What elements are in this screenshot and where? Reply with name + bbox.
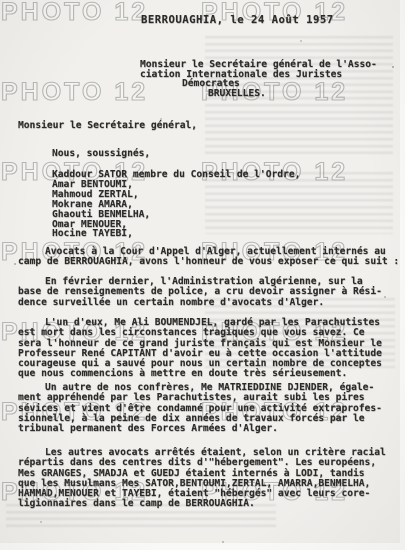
body-paragraph: L'un d'eux, Me Ali BOUMENDJEL, gardé par… <box>18 318 402 380</box>
paragraph-line: camp de BERROUAGHIA, avons l'honneur de … <box>18 257 402 267</box>
recipient-line: ciation Internationale des Juristes <box>140 70 377 80</box>
recipient-city: BRUXELLES. <box>208 89 377 99</box>
body-paragraph: Un autre de nos confrères, Me MATRIEDDIN… <box>18 383 402 434</box>
body-paragraph: En février dernier, l'Administration alg… <box>18 277 402 308</box>
paragraph-line: ligionnaires dans le camp de BERROUAGHIA… <box>18 499 402 509</box>
body-paragraph: Avocats à la Cour d'Appel d'Alger, actue… <box>18 247 402 268</box>
dateline: BERROUAGHIA, le 24 Août 1957 <box>141 15 334 25</box>
opening-line: Nous, soussignés, <box>52 149 150 159</box>
recipient-address: Monsieur le Secrétaire général de l'Asso… <box>140 60 377 98</box>
photo12-watermark: PHOTO 12 <box>1 78 148 107</box>
signatory-list: Kaddour SATOR membre du Conseil de l'Ord… <box>52 170 300 239</box>
photo12-watermark: PHOTO 12 <box>1 0 148 27</box>
salutation: Monsieur le Secrétaire général, <box>18 121 197 131</box>
paragraph-line: dence surveillée un certain nombre d'avo… <box>18 298 402 308</box>
paragraph-line: que nous commencions à mettre en doute t… <box>18 369 402 379</box>
scan-edge <box>400 0 405 550</box>
scan-edge <box>0 543 405 550</box>
paragraph-line: tribunal permanent des Forces Armées d'A… <box>18 424 402 434</box>
body-paragraph: Les autres avocats arrêtés étaient, selo… <box>18 448 402 510</box>
scan-speckles <box>0 0 2 2</box>
scanned-letter-page: PHOTO 12 PHOTO 12 PHOTO 12 PHOTO 12 PHOT… <box>0 0 405 550</box>
signatory-name: Hocine TAYEBI, <box>52 229 300 239</box>
